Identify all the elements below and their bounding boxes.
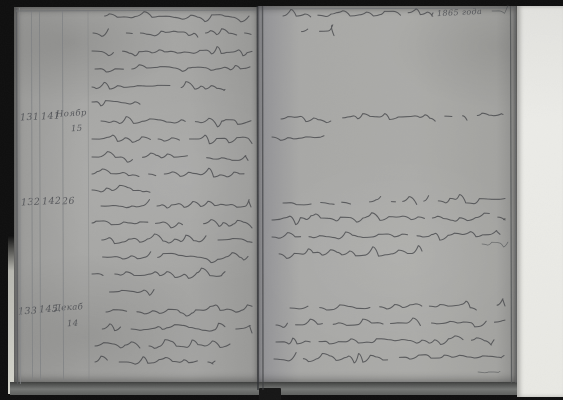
margin-label: 131	[20, 112, 40, 124]
margin-label: 26	[62, 196, 75, 208]
margin-label: 1865 года	[437, 7, 483, 18]
margin-label: 142	[42, 196, 62, 208]
margin-labels-layer: 131141Ноябр1513214226133145Декаб141865 г…	[0, 0, 563, 400]
margin-label: 15	[71, 124, 83, 135]
margin-label: 132	[21, 197, 41, 209]
photo-of-ledger: 131141Ноябр1513214226133145Декаб141865 г…	[0, 0, 563, 400]
margin-label: 14	[67, 319, 79, 330]
margin-label: 133	[18, 306, 38, 318]
margin-label: Декаб	[54, 302, 84, 314]
margin-label: Ноябр	[56, 108, 87, 120]
